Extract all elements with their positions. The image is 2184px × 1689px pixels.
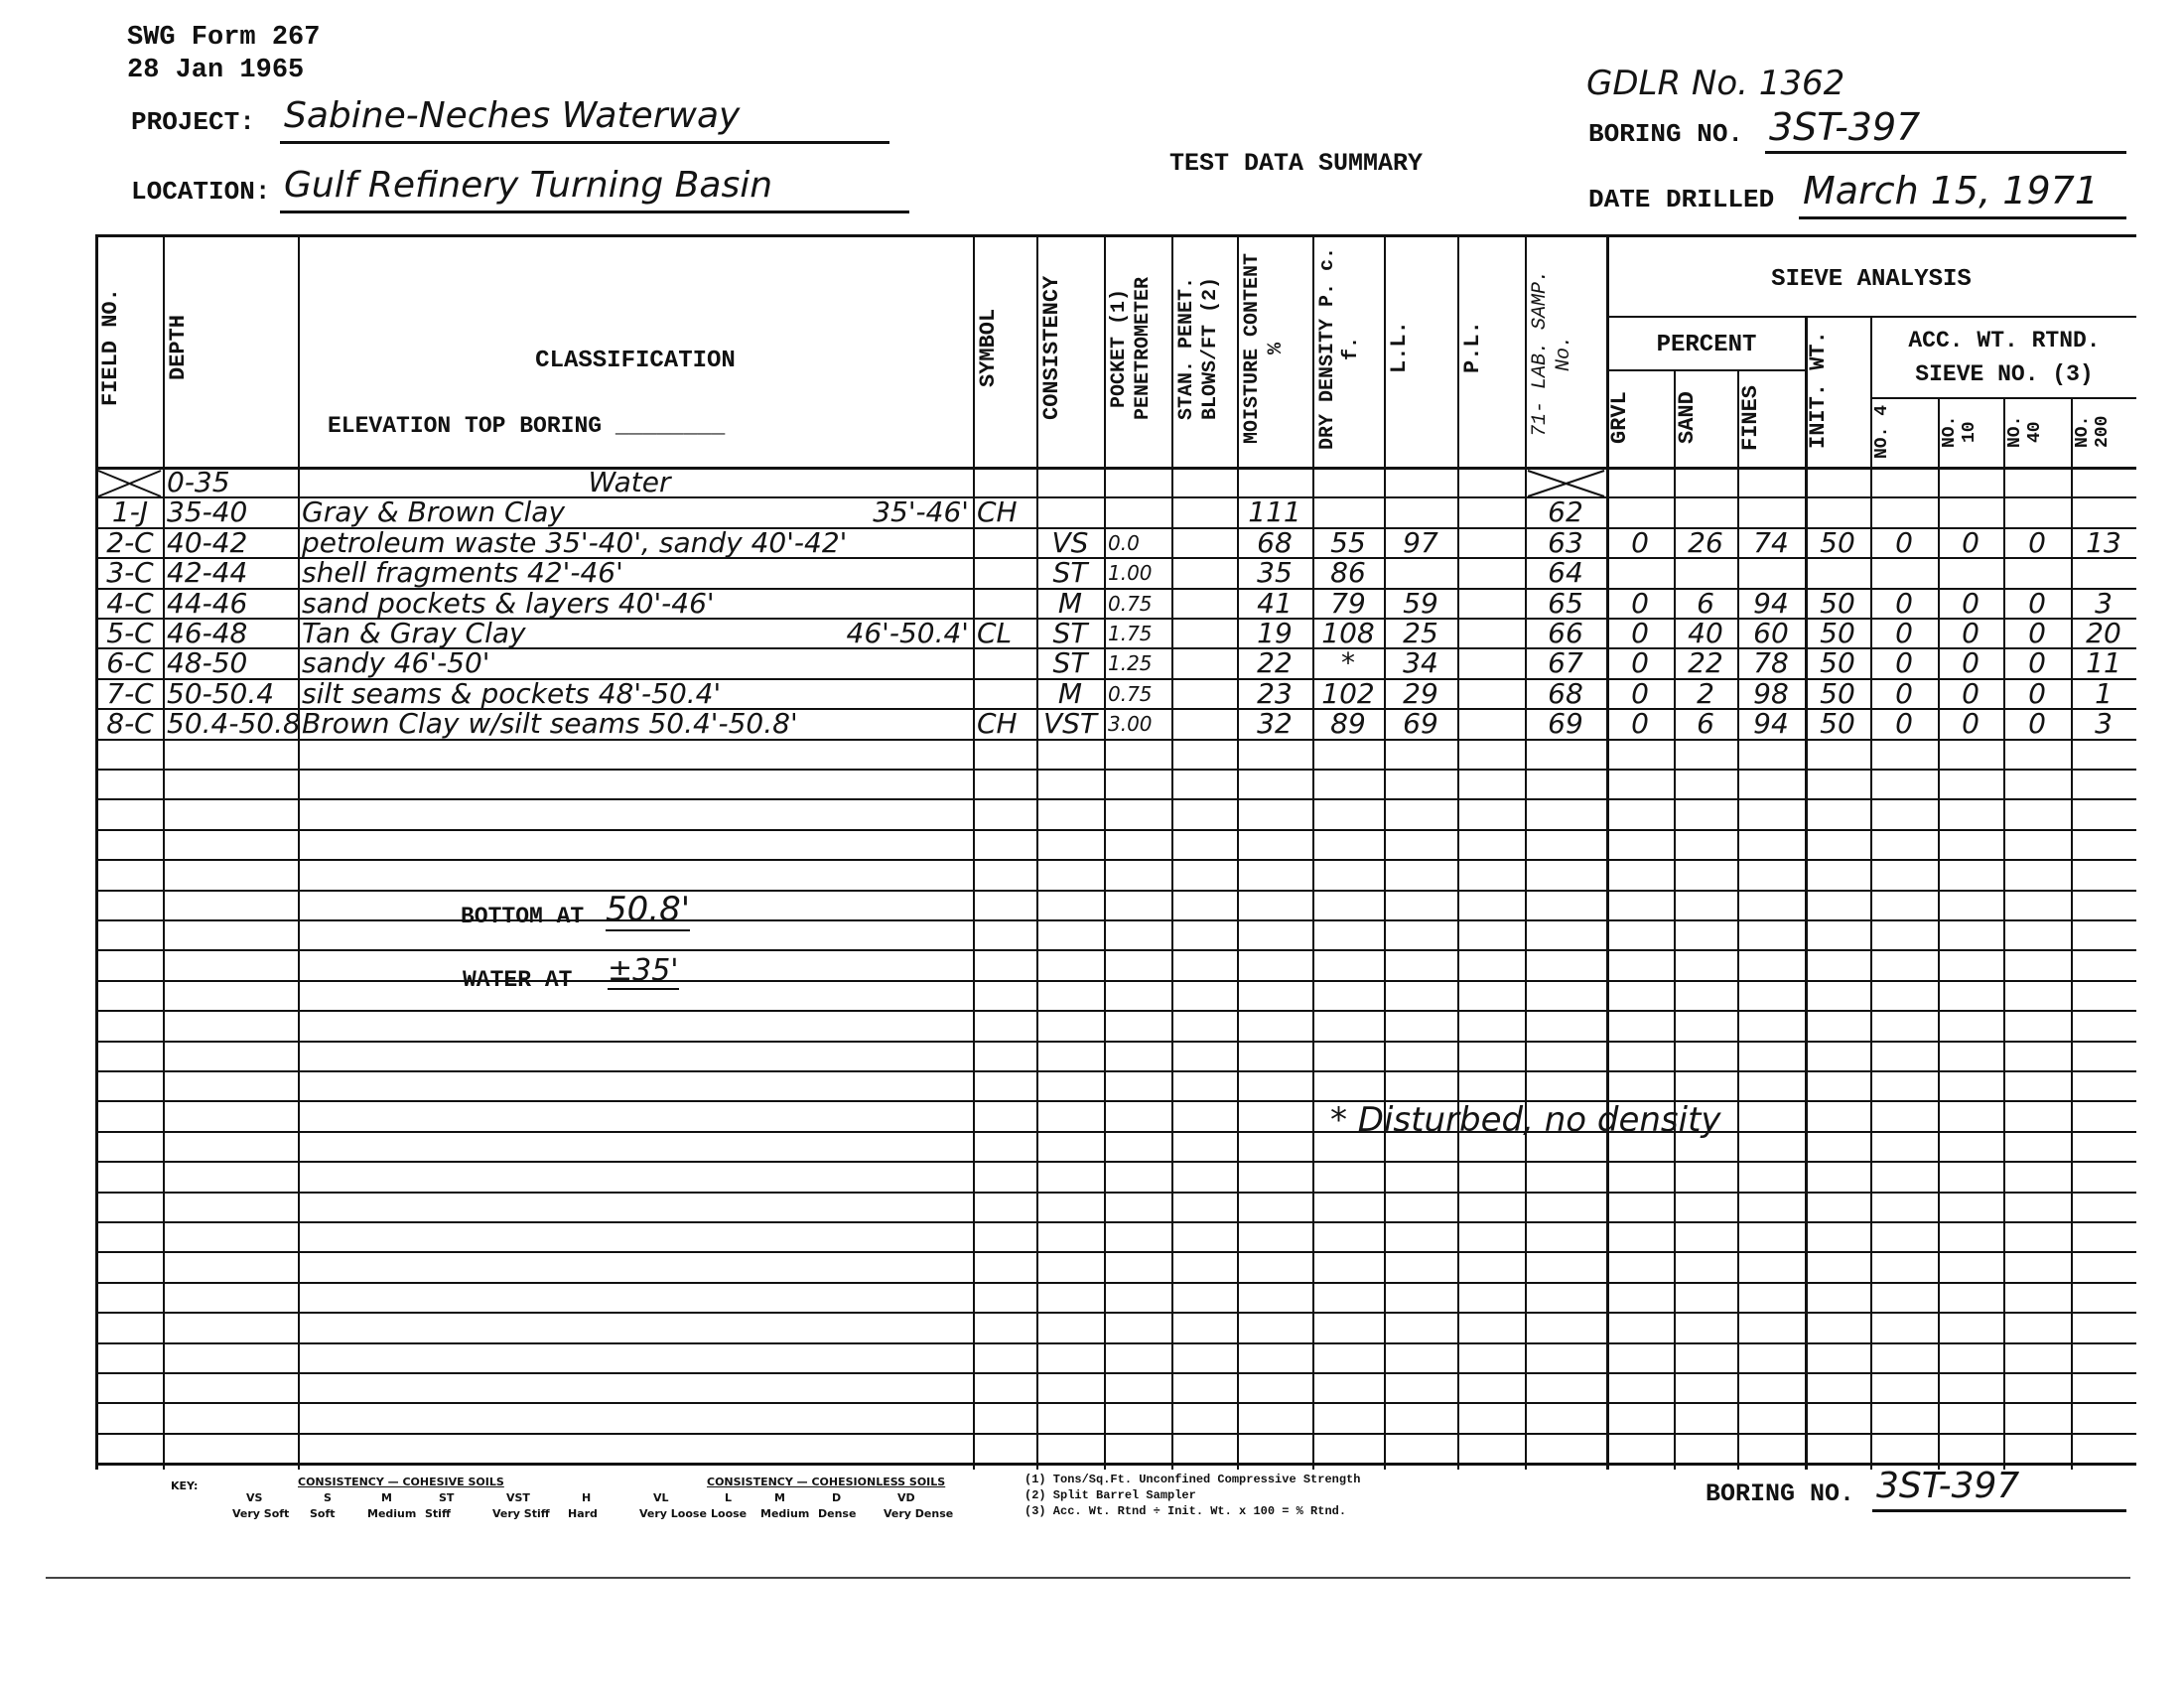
row-line (95, 1070, 2136, 1072)
cell-ll[interactable]: 97 (1388, 528, 1453, 558)
cell-depth[interactable]: 42-44 (167, 558, 296, 588)
cell-fines[interactable]: 60 (1739, 619, 1803, 648)
key-abbr: M (381, 1491, 392, 1504)
row-line (95, 829, 2136, 831)
project-label: PROJECT: (131, 107, 255, 137)
cell-density[interactable]: 89 (1316, 709, 1380, 739)
cell-symbol[interactable] (977, 648, 1032, 678)
cell-consistency[interactable]: ST (1040, 558, 1100, 588)
key-name: Soft (310, 1507, 336, 1520)
cell-consistency[interactable]: ST (1040, 648, 1100, 678)
key-abbr: L (725, 1491, 732, 1504)
key-label: KEY: (171, 1479, 198, 1492)
col-line (1384, 234, 1386, 1470)
cell-range[interactable]: 35'-46' (754, 497, 969, 527)
cell-no40[interactable]: 0 (2005, 589, 2069, 619)
key-name: Medium (760, 1507, 809, 1520)
cell-symbol[interactable] (977, 679, 1032, 709)
row-line (95, 798, 2136, 800)
percent-header: PERCENT (1608, 332, 1805, 358)
cell-range[interactable] (754, 528, 969, 558)
cell-no40[interactable]: 0 (2005, 709, 2069, 739)
col-line (1457, 234, 1459, 1470)
key-abbr: VS (246, 1491, 262, 1504)
cell-stan[interactable] (1175, 528, 1233, 558)
cell-lab[interactable]: 67 (1529, 648, 1602, 678)
cell-lab[interactable]: 63 (1529, 528, 1602, 558)
cell-lab[interactable]: 64 (1529, 558, 1602, 588)
cell-no10[interactable]: 0 (1940, 648, 2001, 678)
cell-no10[interactable]: 0 (1940, 709, 2001, 739)
row-line (95, 1282, 2136, 1284)
cell-init[interactable] (1807, 468, 1868, 497)
project-field[interactable]: Sabine-Neches Waterway (280, 95, 889, 144)
cell-lab[interactable]: 66 (1529, 619, 1602, 648)
cell-no40[interactable]: 0 (2005, 648, 2069, 678)
cell-grvl[interactable]: 0 (1608, 679, 1672, 709)
cell-no200[interactable] (2073, 468, 2134, 497)
water-at-label: WATER AT (463, 967, 572, 993)
row-line (95, 1402, 2136, 1404)
col-line (1104, 234, 1106, 1470)
cell-sand[interactable]: 22 (1676, 648, 1735, 678)
cell-grvl[interactable]: 0 (1608, 589, 1672, 619)
col-line (1171, 234, 1173, 1470)
key-name: Dense (818, 1507, 856, 1520)
cell-init[interactable] (1807, 558, 1868, 588)
key-abbr: ST (439, 1491, 454, 1504)
col-header-moisture: MOISTURE CONTENT % (1241, 244, 1308, 453)
cell-no200[interactable]: 1 (2073, 679, 2134, 709)
cell-grvl[interactable]: 0 (1608, 648, 1672, 678)
cell-ll[interactable]: 29 (1388, 679, 1453, 709)
boring-number-field[interactable]: 3ST-397 (1765, 105, 2126, 154)
cell-no10[interactable] (1940, 468, 2001, 497)
cell-pl[interactable] (1461, 558, 1521, 588)
form-date: 28 Jan 1965 (127, 55, 320, 87)
cell-no10[interactable] (1940, 558, 2001, 588)
cell-fines[interactable] (1739, 468, 1803, 497)
cell-fines[interactable] (1739, 497, 1803, 527)
row-line (95, 1463, 2136, 1466)
row-line (95, 1372, 2136, 1374)
cell-fines[interactable]: 78 (1739, 648, 1803, 678)
cell-no4[interactable]: 0 (1872, 589, 1936, 619)
cell-lab[interactable]: 68 (1529, 679, 1602, 709)
cell-init[interactable] (1807, 497, 1868, 527)
cell-field-no[interactable]: 4-C (99, 589, 161, 619)
cell-density[interactable]: 102 (1316, 679, 1380, 709)
cell-depth[interactable]: 35-40 (167, 497, 296, 527)
cell-sand[interactable]: 2 (1676, 679, 1735, 709)
boring-label: BORING NO. (1588, 119, 1743, 149)
percent-subheader-line (1606, 369, 1807, 371)
key-name: Very Dense (884, 1507, 953, 1520)
cell-depth[interactable]: 40-42 (167, 528, 296, 558)
col-header-no200: NO. 200 (2073, 401, 2134, 463)
key-cohesive-title: CONSISTENCY — COHESIVE SOILS (298, 1476, 504, 1488)
location-field[interactable]: Gulf Refinery Turning Basin (280, 165, 909, 213)
cell-pl[interactable] (1461, 497, 1521, 527)
footnote-3: (3) Acc. Wt. Rtnd ÷ Init. Wt. x 100 = % … (1024, 1503, 1360, 1519)
col-header-no10: NO. 10 (1940, 401, 2001, 463)
cell-sand[interactable]: 26 (1676, 528, 1735, 558)
cell-no4[interactable]: 0 (1872, 619, 1936, 648)
row-line (95, 1100, 2136, 1102)
cell-symbol[interactable] (977, 528, 1032, 558)
key-name: Stiff (425, 1507, 451, 1520)
cell-pocket[interactable]: 0.75 (1108, 589, 1167, 619)
cell-moisture[interactable]: 22 (1241, 648, 1308, 678)
key-abbr: H (582, 1491, 591, 1504)
cell-fines[interactable]: 94 (1739, 709, 1803, 739)
cell-consistency[interactable]: ST (1040, 619, 1100, 648)
cell-range[interactable] (754, 558, 969, 588)
row-line (95, 919, 2136, 921)
col-header-sand: SAND (1676, 375, 1735, 461)
cell-field-no[interactable]: 3-C (99, 558, 161, 588)
bottom-at-label: BOTTOM AT (461, 904, 584, 929)
col-line (298, 234, 300, 1470)
row-line (95, 1010, 2136, 1012)
cell-pl[interactable] (1461, 648, 1521, 678)
key-name: Very Loose (639, 1507, 707, 1520)
cell-no40[interactable] (2005, 468, 2069, 497)
col-line (95, 234, 98, 1470)
cell-consistency[interactable]: M (1040, 589, 1100, 619)
cell-pocket[interactable]: 1.25 (1108, 648, 1167, 678)
cell-pl[interactable] (1461, 468, 1521, 497)
cell-no40[interactable] (2005, 497, 2069, 527)
cell-init[interactable]: 50 (1807, 619, 1868, 648)
cell-pocket[interactable]: 3.00 (1108, 709, 1167, 739)
cell-density[interactable] (1316, 497, 1380, 527)
cell-ll[interactable]: 59 (1388, 589, 1453, 619)
cell-no200[interactable] (2073, 497, 2134, 527)
row-line (95, 1433, 2136, 1435)
cell-stan[interactable] (1175, 589, 1233, 619)
cell-grvl[interactable]: 0 (1608, 528, 1672, 558)
col-header-no40: NO. 40 (2005, 401, 2069, 463)
cell-sand[interactable]: 6 (1676, 709, 1735, 739)
row-line (95, 1161, 2136, 1163)
col-header-field-no: FIELD NO. (99, 248, 159, 447)
row-line (95, 980, 2136, 982)
col-header-classification: CLASSIFICATION (302, 348, 969, 374)
footnote-1: (1) Tons/Sq.Ft. Unconfined Compressive S… (1024, 1472, 1360, 1487)
cell-pocket[interactable]: 0.0 (1108, 528, 1167, 558)
key-name: Hard (568, 1507, 598, 1520)
cell-symbol[interactable] (977, 468, 1032, 497)
key-abbr: M (774, 1491, 785, 1504)
cell-stan[interactable] (1175, 679, 1233, 709)
cell-no10[interactable]: 0 (1940, 589, 2001, 619)
cell-lab[interactable]: 62 (1529, 497, 1602, 527)
cell-density[interactable] (1316, 468, 1380, 497)
col-header-dry-density: DRY DENSITY P. c. f. (1316, 244, 1380, 453)
cell-no40[interactable] (2005, 558, 2069, 588)
row-line (95, 890, 2136, 892)
col-header-fines: FINES (1739, 375, 1803, 461)
row-line (95, 1312, 2136, 1314)
cell-lab[interactable]: 65 (1529, 589, 1602, 619)
cell-sand[interactable] (1676, 497, 1735, 527)
elevation-top-boring[interactable]: ELEVATION TOP BORING ________ (328, 413, 725, 439)
cell-pocket[interactable]: 1.00 (1108, 558, 1167, 588)
acc-wt-rtnd-header: ACC. WT. RTND. (1872, 328, 2136, 353)
gdlr-number: GDLR No. 1362 (1586, 64, 1844, 103)
key-abbr: VL (653, 1491, 669, 1504)
row-line (95, 1251, 2136, 1253)
cell-grvl[interactable] (1608, 558, 1672, 588)
cell-fines[interactable]: 98 (1739, 679, 1803, 709)
cell-no4[interactable] (1872, 468, 1936, 497)
cell-sand[interactable] (1676, 468, 1735, 497)
col-header-ll: L.L. (1388, 248, 1453, 447)
row-line (95, 1041, 2136, 1043)
form-number: SWG Form 267 (127, 22, 320, 55)
cell-stan[interactable] (1175, 497, 1233, 527)
cell-fines[interactable]: 94 (1739, 589, 1803, 619)
cell-lab[interactable]: 69 (1529, 709, 1602, 739)
cell-consistency[interactable] (1040, 468, 1100, 497)
key-abbr: S (324, 1491, 332, 1504)
key-abbr: VST (506, 1491, 530, 1504)
cell-moisture[interactable]: 41 (1241, 589, 1308, 619)
cell-stan[interactable] (1175, 619, 1233, 648)
key-name: Medium (367, 1507, 416, 1520)
cell-range[interactable] (754, 589, 969, 619)
cell-density[interactable]: * (1316, 648, 1380, 678)
sieve-no-header: SIEVE NO. (3) (1872, 361, 2136, 387)
cell-grvl[interactable] (1608, 497, 1672, 527)
cell-field-no[interactable]: 5-C (99, 619, 161, 648)
cell-symbol[interactable]: CH (977, 497, 1032, 527)
cell-ll[interactable] (1388, 468, 1453, 497)
cross-out-icon (1526, 469, 1606, 498)
cell-field-no[interactable]: 1-J (99, 497, 161, 527)
cell-stan[interactable] (1175, 558, 1233, 588)
cell-stan[interactable] (1175, 648, 1233, 678)
cell-consistency[interactable] (1040, 497, 1100, 527)
cell-init[interactable]: 50 (1807, 528, 1868, 558)
row-line (95, 949, 2136, 951)
cell-no4[interactable]: 0 (1872, 709, 1936, 739)
col-line (163, 234, 165, 1470)
cell-no10[interactable]: 0 (1940, 528, 2001, 558)
cell-depth[interactable]: 50-50.4 (167, 679, 296, 709)
cell-depth[interactable]: 48-50 (167, 648, 296, 678)
footer-boring-number[interactable]: 3ST-397 (1872, 1466, 2126, 1512)
cell-sand[interactable]: 40 (1676, 619, 1735, 648)
date-drilled-label: DATE DRILLED (1588, 185, 1774, 214)
cell-ll[interactable]: 69 (1388, 709, 1453, 739)
cell-ll[interactable] (1388, 497, 1453, 527)
cell-init[interactable]: 50 (1807, 709, 1868, 739)
cell-symbol[interactable] (977, 589, 1032, 619)
cell-range[interactable] (754, 679, 969, 709)
cell-no4[interactable] (1872, 497, 1936, 527)
form-id-block: SWG Form 267 28 Jan 1965 (127, 22, 320, 87)
cell-consistency[interactable]: M (1040, 679, 1100, 709)
footnote-2: (2) Split Barrel Sampler (1024, 1487, 1360, 1503)
cell-ll[interactable]: 25 (1388, 619, 1453, 648)
key-name: Loose (711, 1507, 747, 1520)
cell-range[interactable] (754, 468, 969, 497)
cell-range[interactable]: 46'-50.4' (754, 619, 969, 648)
cell-depth[interactable]: 46-48 (167, 619, 296, 648)
cell-field-no[interactable]: 2-C (99, 528, 161, 558)
col-line (973, 234, 975, 1470)
cell-no200[interactable]: 11 (2073, 648, 2134, 678)
col-header-grvl: GRVL (1608, 375, 1672, 461)
cell-range[interactable] (754, 648, 969, 678)
cell-no10[interactable] (1940, 497, 2001, 527)
cell-moisture[interactable]: 111 (1241, 497, 1308, 527)
cell-moisture[interactable] (1241, 468, 1308, 497)
cell-sand[interactable]: 6 (1676, 589, 1735, 619)
cell-moisture[interactable]: 35 (1241, 558, 1308, 588)
cell-symbol[interactable]: CH (977, 709, 1032, 739)
footer-boring-label: BORING NO. (1706, 1479, 1854, 1508)
cell-pl[interactable] (1461, 528, 1521, 558)
key-cohesionless-title: CONSISTENCY — COHESIONLESS SOILS (707, 1476, 945, 1488)
col-line (1036, 234, 1038, 1470)
cell-depth[interactable]: 44-46 (167, 589, 296, 619)
col-header-init-wt: INIT. WT. (1807, 320, 1868, 461)
cell-no40[interactable]: 0 (2005, 619, 2069, 648)
cell-pl[interactable] (1461, 709, 1521, 739)
footnotes: (1) Tons/Sq.Ft. Unconfined Compressive S… (1024, 1472, 1360, 1519)
cell-grvl[interactable] (1608, 468, 1672, 497)
cell-no40[interactable]: 0 (2005, 528, 2069, 558)
col-header-stan-penet: STAN. PENET. BLOWS/FT (2) (1175, 244, 1233, 453)
cell-no4[interactable]: 0 (1872, 679, 1936, 709)
cell-depth[interactable]: 50.4-50.8 (167, 709, 296, 739)
page-bottom-rule (46, 1577, 2130, 1579)
cell-pocket[interactable]: 0.75 (1108, 679, 1167, 709)
cell-consistency[interactable]: VS (1040, 528, 1100, 558)
col-header-lab-samp-no: 71- LAB. SAMP. No. (1529, 248, 1602, 459)
cross-out-icon (96, 469, 163, 498)
cell-ll[interactable]: 34 (1388, 648, 1453, 678)
col-header-symbol: SYMBOL (977, 248, 1032, 447)
cell-moisture[interactable]: 19 (1241, 619, 1308, 648)
cell-init[interactable]: 50 (1807, 648, 1868, 678)
col-header-pocket-penetrometer: POCKET (1) PENETROMETER (1108, 244, 1167, 453)
cell-no200[interactable] (2073, 558, 2134, 588)
cell-field-no[interactable]: 8-C (99, 709, 161, 739)
cell-depth[interactable]: 0-35 (167, 468, 296, 497)
cell-init[interactable]: 50 (1807, 679, 1868, 709)
cell-pl[interactable] (1461, 619, 1521, 648)
cell-symbol[interactable] (977, 558, 1032, 588)
cell-stan[interactable] (1175, 468, 1233, 497)
cell-fines[interactable]: 74 (1739, 528, 1803, 558)
col-line (1525, 234, 1527, 1470)
row-line (95, 1192, 2136, 1194)
cell-grvl[interactable]: 0 (1608, 709, 1672, 739)
cell-moisture[interactable]: 23 (1241, 679, 1308, 709)
col-line (1312, 234, 1314, 1470)
disturbed-note: * Disturbed, no density (1330, 1100, 1721, 1140)
cell-grvl[interactable]: 0 (1608, 619, 1672, 648)
cell-range[interactable] (754, 709, 969, 739)
cell-moisture[interactable]: 32 (1241, 709, 1308, 739)
cell-no4[interactable]: 0 (1872, 528, 1936, 558)
cell-density[interactable]: 55 (1316, 528, 1380, 558)
bottom-at-value[interactable]: 50.8' (606, 890, 690, 931)
cell-field-no[interactable]: 6-C (99, 648, 161, 678)
cell-no200[interactable]: 13 (2073, 528, 2134, 558)
cell-no4[interactable] (1872, 558, 1936, 588)
key-name: Very Stiff (492, 1507, 550, 1520)
cell-no200[interactable]: 20 (2073, 619, 2134, 648)
col-line (1237, 234, 1239, 1470)
location-label: LOCATION: (131, 177, 270, 207)
key-abbr: D (832, 1491, 841, 1504)
key-name: Very Soft (232, 1507, 289, 1520)
row-line (95, 859, 2136, 861)
cell-no10[interactable]: 0 (1940, 679, 2001, 709)
col-header-depth: DEPTH (167, 248, 294, 447)
col-header-pl: P.L. (1461, 248, 1521, 447)
cell-moisture[interactable]: 68 (1241, 528, 1308, 558)
cell-field-no[interactable]: 7-C (99, 679, 161, 709)
cell-density[interactable]: 86 (1316, 558, 1380, 588)
cell-stan[interactable] (1175, 709, 1233, 739)
cell-no10[interactable]: 0 (1940, 619, 2001, 648)
cell-pocket[interactable] (1108, 497, 1167, 527)
table-top-border (95, 234, 2136, 237)
cell-no4[interactable]: 0 (1872, 648, 1936, 678)
cell-pl[interactable] (1461, 589, 1521, 619)
cell-density[interactable]: 108 (1316, 619, 1380, 648)
water-at-value[interactable]: ±35' (608, 953, 679, 990)
cell-no200[interactable]: 3 (2073, 709, 2134, 739)
row-line (95, 1131, 2136, 1133)
cell-pocket[interactable]: 1.75 (1108, 619, 1167, 648)
row-line (95, 1221, 2136, 1223)
cell-no40[interactable]: 0 (2005, 679, 2069, 709)
col-header-consistency: CONSISTENCY (1040, 248, 1100, 447)
cell-init[interactable]: 50 (1807, 589, 1868, 619)
cell-consistency[interactable]: VST (1040, 709, 1100, 739)
cell-no200[interactable]: 3 (2073, 589, 2134, 619)
page-title: TEST DATA SUMMARY (1169, 149, 1423, 178)
sieve-analysis-header: SIEVE ANALYSIS (1608, 266, 2134, 293)
cell-density[interactable]: 79 (1316, 589, 1380, 619)
cell-pocket[interactable] (1108, 468, 1167, 497)
key-abbr: VD (897, 1491, 915, 1504)
cell-pl[interactable] (1461, 679, 1521, 709)
cell-sand[interactable] (1676, 558, 1735, 588)
row-line (95, 769, 2136, 771)
row-line (95, 1342, 2136, 1344)
cell-fines[interactable] (1739, 558, 1803, 588)
col-header-no4: NO. 4 (1872, 401, 1936, 463)
cell-ll[interactable] (1388, 558, 1453, 588)
date-drilled-field[interactable]: March 15, 1971 (1799, 169, 2126, 219)
cell-symbol[interactable]: CL (977, 619, 1032, 648)
